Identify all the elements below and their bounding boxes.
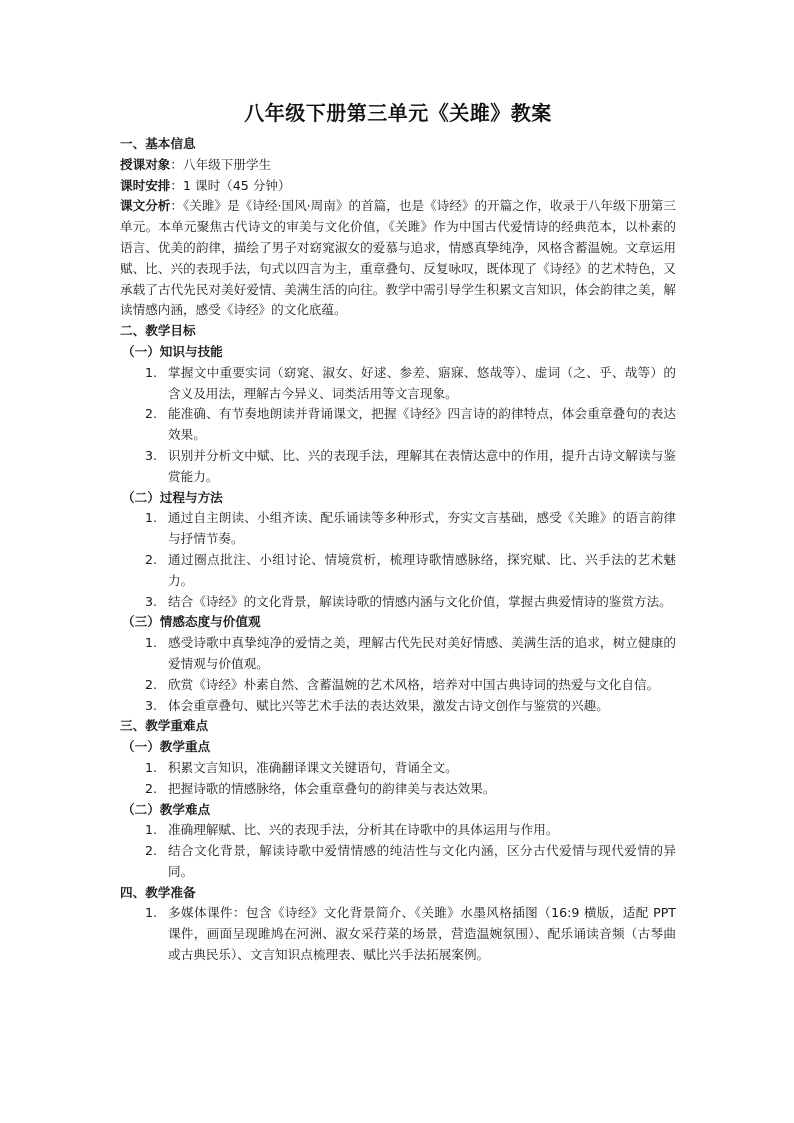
field-separator: ： xyxy=(170,178,183,193)
field-text-analysis: 课文分析：《关雎》是《诗经·国风·周南》的首篇，也是《诗经》的开篇之作，收录于八… xyxy=(120,196,676,321)
subsection-heading-process: （二）过程与方法 xyxy=(122,488,676,509)
list-item: 3.识别并分析文中赋、比、兴的表现手法，理解其在表情达意中的作用，提升古诗文解读… xyxy=(120,446,676,488)
list-number: 3. xyxy=(145,446,157,467)
list-number: 2. xyxy=(145,404,157,425)
field-schedule: 课时安排：1 课时（45 分钟） xyxy=(120,176,676,197)
field-value: 《关雎》是《诗经·国风·周南》的首篇，也是《诗经》的开篇之作，收录于八年级下册第… xyxy=(120,198,676,317)
difficulty-list: 1.准确理解赋、比、兴的表现手法，分析其在诗歌中的具体运用与作用。 2.结合文化… xyxy=(120,820,676,882)
list-number: 2. xyxy=(145,779,157,800)
list-item: 3.体会重章叠句、赋比兴等艺术手法的表达效果，激发古诗文创作与鉴赏的兴趣。 xyxy=(120,696,676,717)
field-label: 课时安排 xyxy=(120,178,170,193)
subsection-heading-values: （三）情感态度与价值观 xyxy=(122,612,676,633)
list-text: 把握诗歌的情感脉络，体会重章叠句的韵律美与表达效果。 xyxy=(168,781,495,796)
list-text: 多媒体课件：包含《诗经》文化背景简介、《关雎》水墨风格插图（16:9 横版，适配… xyxy=(168,905,676,962)
preparation-list: 1.多媒体课件：包含《诗经》文化背景简介、《关雎》水墨风格插图（16:9 横版，… xyxy=(120,903,676,965)
list-number: 1. xyxy=(145,508,157,529)
field-value: 1 课时（45 分钟） xyxy=(183,178,291,193)
section-heading-objectives: 二、教学目标 xyxy=(120,321,676,342)
list-item: 1.准确理解赋、比、兴的表现手法，分析其在诗歌中的具体运用与作用。 xyxy=(120,820,676,841)
subsection-heading-focus: （一）教学重点 xyxy=(122,737,676,758)
list-item: 2.欣赏《诗经》朴素自然、含蓄温婉的艺术风格，培养对中国古典诗词的热爱与文化自信… xyxy=(120,675,676,696)
list-text: 积累文言知识，准确翻译课文关键语句，背诵全文。 xyxy=(168,760,458,775)
list-text: 掌握文中重要实词（窈窕、淑女、好逑、参差、寤寐、悠哉等）、虚词（之、乎、哉等）的… xyxy=(168,365,676,401)
list-number: 2. xyxy=(145,550,157,571)
list-number: 2. xyxy=(145,841,157,862)
list-number: 1. xyxy=(145,903,157,924)
list-text: 体会重章叠句、赋比兴等艺术手法的表达效果，激发古诗文创作与鉴赏的兴趣。 xyxy=(168,698,609,713)
list-item: 3.结合《诗经》的文化背景，解读诗歌的情感内涵与文化价值，掌握古典爱情诗的鉴赏方… xyxy=(120,592,676,613)
list-text: 准确理解赋、比、兴的表现手法，分析其在诗歌中的具体运用与作用。 xyxy=(168,822,558,837)
list-text: 通过圈点批注、小组讨论、情境赏析，梳理诗歌情感脉络，探究赋、比、兴手法的艺术魅力… xyxy=(168,552,676,588)
field-separator: ： xyxy=(170,157,183,172)
field-label: 授课对象 xyxy=(120,157,170,172)
list-number: 1. xyxy=(145,633,157,654)
process-list: 1.通过自主朗读、小组齐读、配乐诵读等多种形式，夯实文言基础，感受《关雎》的语言… xyxy=(120,508,676,612)
field-audience: 授课对象：八年级下册学生 xyxy=(120,155,676,176)
field-separator: ： xyxy=(170,198,183,213)
list-number: 1. xyxy=(145,820,157,841)
list-item: 1.多媒体课件：包含《诗经》文化背景简介、《关雎》水墨风格插图（16:9 横版，… xyxy=(120,903,676,965)
field-label: 课文分析 xyxy=(120,198,170,213)
field-value: 八年级下册学生 xyxy=(183,157,271,172)
list-text: 结合文化背景，解读诗歌中爱情情感的纯洁性与文化内涵，区分古代爱情与现代爱情的异同… xyxy=(168,843,676,879)
list-item: 1.通过自主朗读、小组齐读、配乐诵读等多种形式，夯实文言基础，感受《关雎》的语言… xyxy=(120,508,676,550)
list-item: 2.结合文化背景，解读诗歌中爱情情感的纯洁性与文化内涵，区分古代爱情与现代爱情的… xyxy=(120,841,676,883)
list-number: 3. xyxy=(145,592,157,613)
list-text: 结合《诗经》的文化背景，解读诗歌的情感内涵与文化价值，掌握古典爱情诗的鉴赏方法。 xyxy=(168,594,672,609)
list-item: 1.感受诗歌中真挚纯净的爱情之美，理解古代先民对美好情感、美满生活的追求，树立健… xyxy=(120,633,676,675)
document-page: 八年级下册第三单元《关雎》教案 一、基本信息 授课对象：八年级下册学生 课时安排… xyxy=(120,98,676,966)
list-number: 2. xyxy=(145,675,157,696)
list-item: 2.能准确、有节奏地朗读并背诵课文，把握《诗经》四言诗的韵律特点，体会重章叠句的… xyxy=(120,404,676,446)
subsection-heading-knowledge: （一）知识与技能 xyxy=(122,342,676,363)
list-item: 1.积累文言知识，准确翻译课文关键语句，背诵全文。 xyxy=(120,758,676,779)
values-list: 1.感受诗歌中真挚纯净的爱情之美，理解古代先民对美好情感、美满生活的追求，树立健… xyxy=(120,633,676,716)
list-item: 2.通过圈点批注、小组讨论、情境赏析，梳理诗歌情感脉络，探究赋、比、兴手法的艺术… xyxy=(120,550,676,592)
section-heading-preparation: 四、教学准备 xyxy=(120,883,676,904)
list-item: 2.把握诗歌的情感脉络，体会重章叠句的韵律美与表达效果。 xyxy=(120,779,676,800)
knowledge-list: 1.掌握文中重要实词（窈窕、淑女、好逑、参差、寤寐、悠哉等）、虚词（之、乎、哉等… xyxy=(120,363,676,488)
subsection-heading-difficulty: （二）教学难点 xyxy=(122,800,676,821)
list-text: 通过自主朗读、小组齐读、配乐诵读等多种形式，夯实文言基础，感受《关雎》的语言韵律… xyxy=(168,510,676,546)
list-text: 欣赏《诗经》朴素自然、含蓄温婉的艺术风格，培养对中国古典诗词的热爱与文化自信。 xyxy=(168,677,659,692)
list-item: 1.掌握文中重要实词（窈窕、淑女、好逑、参差、寤寐、悠哉等）、虚词（之、乎、哉等… xyxy=(120,363,676,405)
list-text: 感受诗歌中真挚纯净的爱情之美，理解古代先民对美好情感、美满生活的追求，树立健康的… xyxy=(168,635,676,671)
focus-list: 1.积累文言知识，准确翻译课文关键语句，背诵全文。 2.把握诗歌的情感脉络，体会… xyxy=(120,758,676,800)
section-heading-key-points: 三、教学重难点 xyxy=(120,716,676,737)
section-heading-basic-info: 一、基本信息 xyxy=(120,134,676,155)
list-number: 3. xyxy=(145,696,157,717)
list-text: 能准确、有节奏地朗读并背诵课文，把握《诗经》四言诗的韵律特点，体会重章叠句的表达… xyxy=(168,406,676,442)
list-number: 1. xyxy=(145,758,157,779)
list-number: 1. xyxy=(145,363,157,384)
document-title: 八年级下册第三单元《关雎》教案 xyxy=(120,98,676,128)
list-text: 识别并分析文中赋、比、兴的表现手法，理解其在表情达意中的作用，提升古诗文解读与鉴… xyxy=(168,448,676,484)
